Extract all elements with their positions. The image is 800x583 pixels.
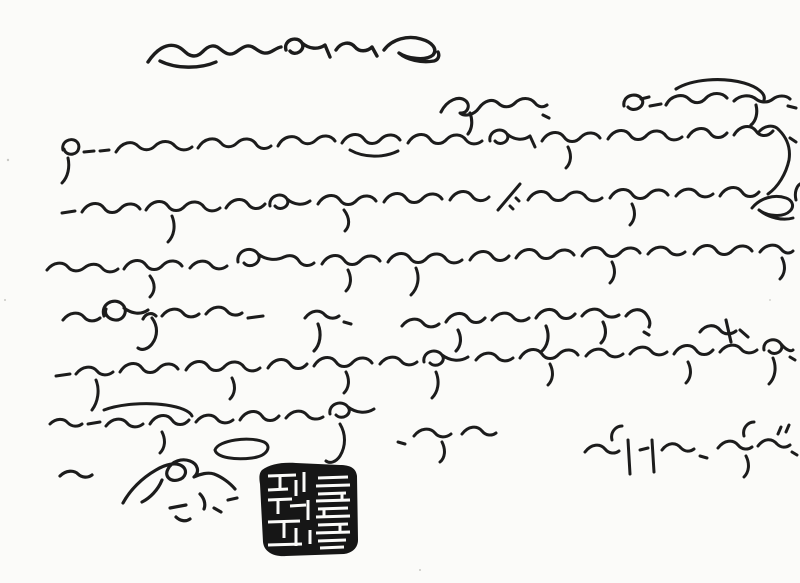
line-3 (62, 184, 800, 242)
line-5-right (700, 320, 748, 342)
seal-pattern-stroke (268, 489, 288, 490)
seal-pattern-stroke (320, 547, 344, 548)
line-6 (56, 340, 795, 410)
scanned-letter-page (0, 0, 800, 583)
seal-pattern-stroke (316, 500, 350, 501)
line-2 (62, 126, 796, 194)
line-1-right (624, 80, 796, 125)
seal-stamp (259, 463, 358, 556)
handwriting-lines (47, 37, 800, 520)
seal-pattern-stroke (318, 508, 348, 509)
scan-speck (7, 159, 9, 161)
line-7-right (585, 422, 797, 477)
document-svg (0, 0, 800, 583)
line-1-left (441, 98, 549, 134)
seal-pattern-stroke (290, 505, 306, 506)
line-5-left (63, 301, 263, 349)
signature-flourish (60, 460, 237, 521)
seal-pattern-stroke (318, 524, 348, 525)
line-5-mid-left (305, 311, 351, 351)
seal-pattern-stroke (316, 485, 350, 486)
scan-speck (769, 299, 771, 301)
line-5-middle (402, 309, 650, 352)
scan-speck (4, 299, 6, 301)
seal-pattern-stroke (316, 532, 350, 533)
seal-pattern-stroke (318, 540, 346, 541)
seal-pattern-stroke (268, 544, 302, 545)
seal-pattern-stroke (316, 516, 350, 517)
seal-pattern-stroke (268, 499, 292, 500)
seal-pattern-stroke (268, 475, 296, 476)
scan-noise-specks (4, 159, 771, 571)
seal-pattern-stroke (318, 477, 348, 478)
scan-speck (419, 569, 421, 571)
line-7 (50, 403, 496, 462)
header-line (148, 37, 439, 67)
line-4 (47, 245, 793, 297)
